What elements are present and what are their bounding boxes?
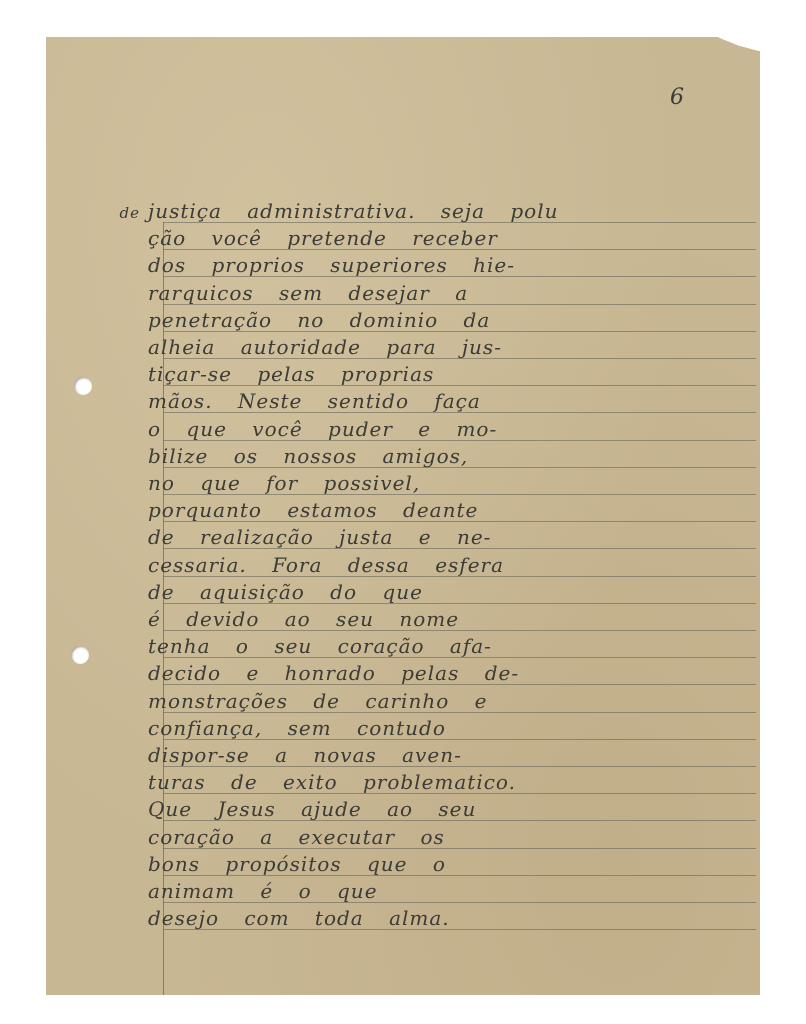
line-text: Que Jesus ajude ao seu xyxy=(148,796,476,823)
line-text: bilize os nossos amigos, xyxy=(148,443,468,470)
text-line: penetração no dominio da xyxy=(46,307,760,334)
text-line: desejo com toda alma. xyxy=(46,905,760,932)
line-text: alheia autoridade para jus- xyxy=(148,334,502,361)
line-text: o que você puder e mo- xyxy=(148,416,497,443)
line-text: decido e honrado pelas de- xyxy=(148,660,519,687)
text-line: alheia autoridade para jus- xyxy=(46,334,760,361)
text-line: decido e honrado pelas de- xyxy=(46,660,760,687)
line-text: desejo com toda alma. xyxy=(148,905,450,932)
line-text: porquanto estamos deante xyxy=(148,497,478,524)
line-text: de realização justa e ne- xyxy=(148,524,491,551)
line-text: monstrações de carinho e xyxy=(148,688,487,715)
line-text: tiçar-se pelas proprias xyxy=(148,361,434,388)
text-line: animam é o que xyxy=(46,878,760,905)
text-line: o que você puder e mo- xyxy=(46,416,760,443)
text-line: no que for possivel, xyxy=(46,470,760,497)
line-text: confiança, sem contudo xyxy=(148,715,446,742)
text-line: de realização justa e ne- xyxy=(46,524,760,551)
line-text: de aquisição do que xyxy=(148,579,423,606)
line-text: dispor-se a novas aven- xyxy=(148,742,462,769)
line-text: é devido ao seu nome xyxy=(148,606,459,633)
line-text: no que for possivel, xyxy=(148,470,420,497)
line-text: penetração no dominio da xyxy=(148,307,490,334)
text-line: dos proprios superiores hie- xyxy=(46,252,760,279)
text-line: monstrações de carinho e xyxy=(46,688,760,715)
line-text: turas de exito problematico. xyxy=(148,769,516,796)
line-text: rarquicos sem desejar a xyxy=(148,280,468,307)
text-line: dejustiça administrativa. seja polu xyxy=(46,198,760,225)
letter-page: 6 dejustiça administrativa. seja polução… xyxy=(46,37,760,995)
line-text: coração a executar os xyxy=(148,824,445,851)
text-line: é devido ao seu nome xyxy=(46,606,760,633)
line-text: dos proprios superiores hie- xyxy=(148,252,515,279)
line-text: bons propósitos que o xyxy=(148,851,446,878)
text-line: rarquicos sem desejar a xyxy=(46,280,760,307)
text-line: dispor-se a novas aven- xyxy=(46,742,760,769)
line-text: animam é o que xyxy=(148,878,378,905)
margin-note: de xyxy=(46,200,148,227)
text-line: ção você pretende receber xyxy=(46,225,760,252)
text-line: bons propósitos que o xyxy=(46,851,760,878)
line-text: justiça administrativa. seja polu xyxy=(148,198,559,225)
text-line: mãos. Neste sentido faça xyxy=(46,388,760,415)
text-line: confiança, sem contudo xyxy=(46,715,760,742)
text-line: porquanto estamos deante xyxy=(46,497,760,524)
line-text: ção você pretende receber xyxy=(148,225,498,252)
text-line: tiçar-se pelas proprias xyxy=(46,361,760,388)
text-line: coração a executar os xyxy=(46,824,760,851)
line-text: cessaria. Fora dessa esfera xyxy=(148,552,504,579)
text-line: Que Jesus ajude ao seu xyxy=(46,796,760,823)
text-line: turas de exito problematico. xyxy=(46,769,760,796)
text-line: bilize os nossos amigos, xyxy=(46,443,760,470)
page-number: 6 xyxy=(670,85,684,110)
line-text: mãos. Neste sentido faça xyxy=(148,388,481,415)
text-line: cessaria. Fora dessa esfera xyxy=(46,552,760,579)
line-text: tenha o seu coração afa- xyxy=(148,633,492,660)
text-line: de aquisição do que xyxy=(46,579,760,606)
text-line: tenha o seu coração afa- xyxy=(46,633,760,660)
